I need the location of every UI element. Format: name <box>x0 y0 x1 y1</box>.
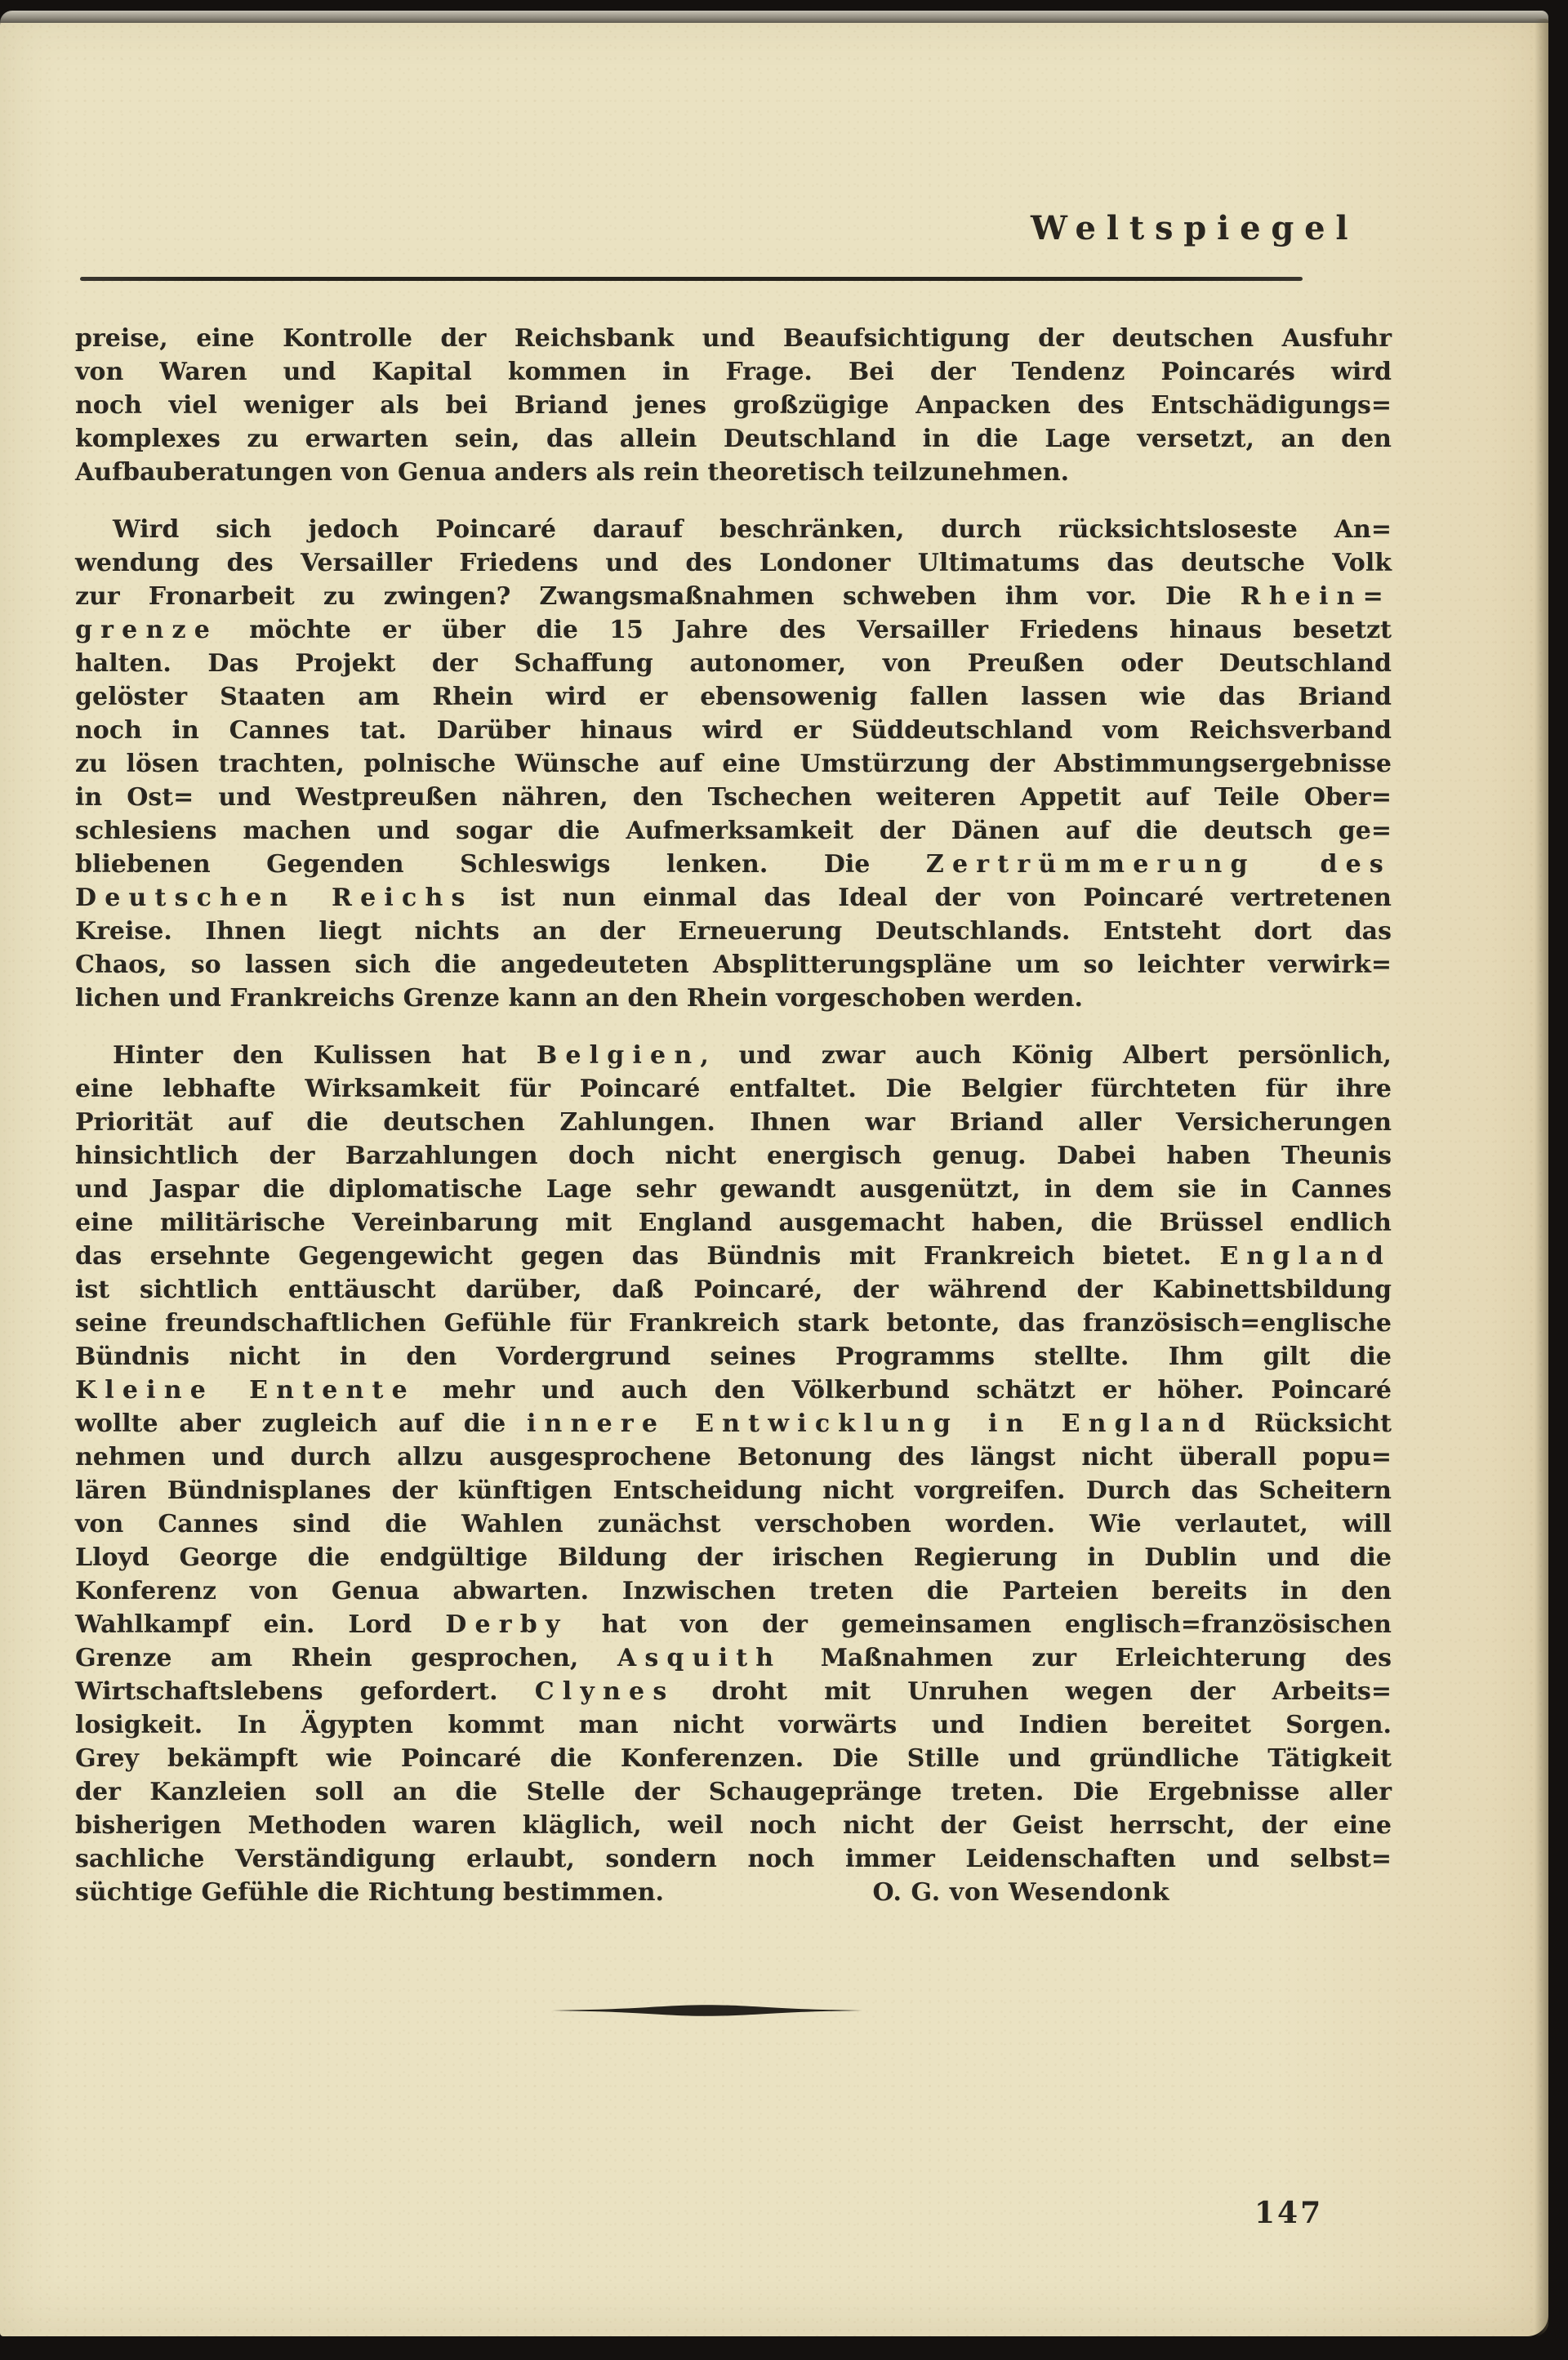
text-run: seine freundschaftlichen Gefühle für Fra… <box>75 1309 1392 1338</box>
text-run: Lloyd George die endgültige Bildung der … <box>75 1543 1392 1572</box>
text-line: Konferenz von Genua abwarten. Inzwischen… <box>75 1574 1392 1608</box>
text-line: Bündnis nicht in den Vordergrund seines … <box>75 1340 1392 1374</box>
scan-backdrop: { "scan": { "paper_color": "#eae2c2", "i… <box>0 0 1568 2360</box>
text-line: Deutschen Reichs ist nun einmal das Idea… <box>75 881 1392 915</box>
text-line: von Waren und Kapital kommen in Frage. B… <box>75 355 1392 389</box>
letterspaced-emphasis: Clynes <box>535 1677 675 1706</box>
letterspaced-emphasis: Zertrümmerung des <box>926 850 1392 879</box>
letterspaced-emphasis: Deutschen Reichs <box>75 884 474 912</box>
text-run: droht mit Unruhen wegen der Arbeits= <box>675 1677 1392 1706</box>
text-line: Kreise. Ihnen liegt nichts an der Erneue… <box>75 915 1392 948</box>
text-run: in Ost= und Westpreußen nähren, den Tsch… <box>75 783 1392 812</box>
text-line: süchtige Gefühle die Richtung bestimmen.… <box>75 1876 1392 1909</box>
text-run: Priorität auf die deutschen Zahlungen. I… <box>75 1108 1392 1137</box>
text-run: ist nun einmal das Ideal der von Poincar… <box>474 884 1392 912</box>
end-ornament-icon <box>552 2004 862 2017</box>
text-line: Chaos, so lassen sich die angedeuteten A… <box>75 948 1392 982</box>
text-run: nehmen und durch allzu ausgesprochene Be… <box>75 1443 1392 1472</box>
text-line: gelöster Staaten am Rhein wird er ebenso… <box>75 680 1392 714</box>
text-run: zu lösen trachten, polnische Wünsche auf… <box>75 750 1392 778</box>
text-line: der Kanzleien soll an die Stelle der Sch… <box>75 1775 1392 1809</box>
text-run: mehr und auch den Völkerbund schätzt er … <box>416 1376 1392 1405</box>
text-run: schlesiens machen und sogar die Aufmerks… <box>75 817 1392 845</box>
text-line: preise, eine Kontrolle der Reichsbank un… <box>75 322 1392 355</box>
text-run: komplexes zu erwarten sein, das allein D… <box>75 425 1392 453</box>
text-line: Kleine Entente mehr und auch den Völkerb… <box>75 1374 1392 1407</box>
text-run: und Jaspar die diplomatische Lage sehr g… <box>75 1175 1392 1204</box>
text-line: wendung des Versailler Friedens und des … <box>75 546 1392 580</box>
text-run: Chaos, so lassen sich die angedeuteten A… <box>75 951 1392 979</box>
text-line: Wird sich jedoch Poincaré darauf beschrä… <box>75 513 1392 546</box>
text-line: Priorität auf die deutschen Zahlungen. I… <box>75 1106 1392 1139</box>
text-line: Lloyd George die endgültige Bildung der … <box>75 1541 1392 1574</box>
text-line: losigkeit. In Ägypten kommt man nicht vo… <box>75 1708 1392 1742</box>
text-run: eine militärische Vereinbarung mit Engla… <box>75 1209 1392 1237</box>
paragraph: Wird sich jedoch Poincaré darauf beschrä… <box>75 513 1392 1015</box>
letterspaced-emphasis: Derby <box>445 1610 568 1639</box>
text-run: Grey bekämpft wie Poincaré die Konferenz… <box>75 1744 1392 1773</box>
text-line: grenze möchte er über die 15 Jahre des V… <box>75 613 1392 647</box>
text-line: in Ost= und Westpreußen nähren, den Tsch… <box>75 781 1392 814</box>
text-run: , und zwar auch König Albert persönlich, <box>700 1041 1392 1070</box>
text-run: Aufbauberatungen von Genua anders als re… <box>75 458 1069 487</box>
letterspaced-emphasis: Kleine Entente <box>75 1376 416 1405</box>
text-line: zu lösen trachten, polnische Wünsche auf… <box>75 747 1392 781</box>
text-line: Aufbauberatungen von Genua anders als re… <box>75 456 1392 489</box>
letterspaced-emphasis: Belgien <box>537 1041 701 1070</box>
text-line: das ersehnte Gegengewicht gegen das Bünd… <box>75 1240 1392 1273</box>
letterspaced-emphasis: grenze <box>75 616 218 644</box>
text-run: halten. Das Projekt der Schaffung autono… <box>75 649 1392 678</box>
letterspaced-emphasis: England <box>1219 1242 1392 1271</box>
text-line: noch in Cannes tat. Darüber hinaus wird … <box>75 714 1392 747</box>
text-line: von Cannes sind die Wahlen zunächst vers… <box>75 1507 1392 1541</box>
text-line: eine lebhafte Wirksamkeit für Poincaré e… <box>75 1072 1392 1106</box>
letterspaced-emphasis: innere Entwicklung in England <box>527 1409 1233 1438</box>
text-run: möchte er über die 15 Jahre des Versaill… <box>218 616 1392 644</box>
text-run: ist sichtlich enttäuscht darüber, daß Po… <box>75 1276 1392 1304</box>
text-line: eine militärische Vereinbarung mit Engla… <box>75 1206 1392 1240</box>
text-run: süchtige Gefühle die Richtung bestimmen. <box>75 1876 664 1909</box>
text-run: sachliche Verständigung erlaubt, sondern… <box>75 1845 1392 1873</box>
paragraph: Hinter den Kulissen hat Belgien, und zwa… <box>75 1039 1392 1909</box>
running-head: Weltspiegel <box>1031 209 1358 247</box>
text-line: Grenze am Rhein gesprochen, Asquith Maßn… <box>75 1641 1392 1675</box>
text-line: lichen und Frankreichs Grenze kann an de… <box>75 982 1392 1015</box>
text-line: schlesiens machen und sogar die Aufmerks… <box>75 814 1392 848</box>
header-rule <box>80 277 1303 281</box>
article-text: preise, eine Kontrolle der Reichsbank un… <box>75 322 1392 1933</box>
text-line: Grey bekämpft wie Poincaré die Konferenz… <box>75 1742 1392 1775</box>
text-line: lären Bündnisplanes der künftigen Entsch… <box>75 1474 1392 1507</box>
text-run: gelöster Staaten am Rhein wird er ebenso… <box>75 683 1392 711</box>
text-run: Bündnis nicht in den Vordergrund seines … <box>75 1343 1392 1371</box>
text-run: lären Bündnisplanes der künftigen Entsch… <box>75 1476 1392 1505</box>
text-run: von Waren und Kapital kommen in Frage. B… <box>75 358 1392 386</box>
text-line: ist sichtlich enttäuscht darüber, daß Po… <box>75 1273 1392 1307</box>
text-run: noch viel weniger als bei Briand jenes g… <box>75 391 1392 420</box>
text-line: zur Fronarbeit zu zwingen? Zwangsmaßnahm… <box>75 580 1392 613</box>
text-run: Grenze am Rhein gesprochen, <box>75 1644 617 1672</box>
text-run: bliebenen Gegenden Schleswigs lenken. Di… <box>75 850 926 879</box>
text-run: losigkeit. In Ägypten kommt man nicht vo… <box>75 1711 1392 1739</box>
book-page: Weltspiegel preise, eine Kontrolle der R… <box>0 11 1548 2336</box>
text-run: von Cannes sind die Wahlen zunächst vers… <box>75 1510 1392 1538</box>
text-line: hinsichtlich der Barzahlungen doch nicht… <box>75 1139 1392 1173</box>
text-line: wollte aber zugleich auf die innere Entw… <box>75 1407 1392 1440</box>
text-run: noch in Cannes tat. Darüber hinaus wird … <box>75 716 1392 745</box>
author-signature: O. G. von Wesendonk <box>872 1876 1169 1909</box>
text-run: Hinter den Kulissen hat <box>113 1041 537 1070</box>
text-line: bliebenen Gegenden Schleswigs lenken. Di… <box>75 848 1392 881</box>
text-run: bisherigen Methoden waren kläglich, weil… <box>75 1811 1392 1840</box>
text-run: Wahlkampf ein. Lord <box>75 1610 445 1639</box>
text-run: hat von der gemeinsamen englisch=französ… <box>568 1610 1392 1639</box>
text-run: eine lebhafte Wirksamkeit für Poincaré e… <box>75 1075 1392 1103</box>
letterspaced-emphasis: Asquith <box>617 1644 782 1672</box>
text-run: das ersehnte Gegengewicht gegen das Bünd… <box>75 1242 1219 1271</box>
text-run: Wirtschaftslebens gefordert. <box>75 1677 535 1706</box>
text-run: Kreise. Ihnen liegt nichts an der Erneue… <box>75 917 1392 946</box>
text-line: sachliche Verständigung erlaubt, sondern… <box>75 1842 1392 1876</box>
text-run: preise, eine Kontrolle der Reichsbank un… <box>75 324 1392 353</box>
text-line: Wirtschaftslebens gefordert. Clynes droh… <box>75 1675 1392 1708</box>
text-run: hinsichtlich der Barzahlungen doch nicht… <box>75 1142 1392 1170</box>
page-number: 147 <box>1254 2196 1323 2230</box>
text-run: der Kanzleien soll an die Stelle der Sch… <box>75 1778 1392 1806</box>
text-run: Maßnahmen zur Erleichterung des <box>782 1644 1392 1672</box>
text-run: wollte aber zugleich auf die <box>75 1409 527 1438</box>
text-line: noch viel weniger als bei Briand jenes g… <box>75 389 1392 422</box>
text-run: lichen und Frankreichs Grenze kann an de… <box>75 984 1083 1013</box>
text-line: und Jaspar die diplomatische Lage sehr g… <box>75 1173 1392 1206</box>
text-line: Hinter den Kulissen hat Belgien, und zwa… <box>75 1039 1392 1072</box>
text-line: komplexes zu erwarten sein, das allein D… <box>75 422 1392 456</box>
text-run: Rücksicht <box>1233 1409 1392 1438</box>
letterspaced-emphasis: Rhein= <box>1241 582 1392 611</box>
text-run: Wird sich jedoch Poincaré darauf beschrä… <box>113 515 1392 544</box>
text-line: seine freundschaftlichen Gefühle für Fra… <box>75 1307 1392 1340</box>
text-run: zur Fronarbeit zu zwingen? Zwangsmaßnahm… <box>75 582 1241 611</box>
text-run: Konferenz von Genua abwarten. Inzwischen… <box>75 1577 1392 1605</box>
text-line: halten. Das Projekt der Schaffung autono… <box>75 647 1392 680</box>
paragraph: preise, eine Kontrolle der Reichsbank un… <box>75 322 1392 489</box>
text-line: Wahlkampf ein. Lord Derby hat von der ge… <box>75 1608 1392 1641</box>
text-run: wendung des Versailler Friedens und des … <box>75 549 1392 577</box>
text-line: nehmen und durch allzu ausgesprochene Be… <box>75 1440 1392 1474</box>
text-line: bisherigen Methoden waren kläglich, weil… <box>75 1809 1392 1842</box>
